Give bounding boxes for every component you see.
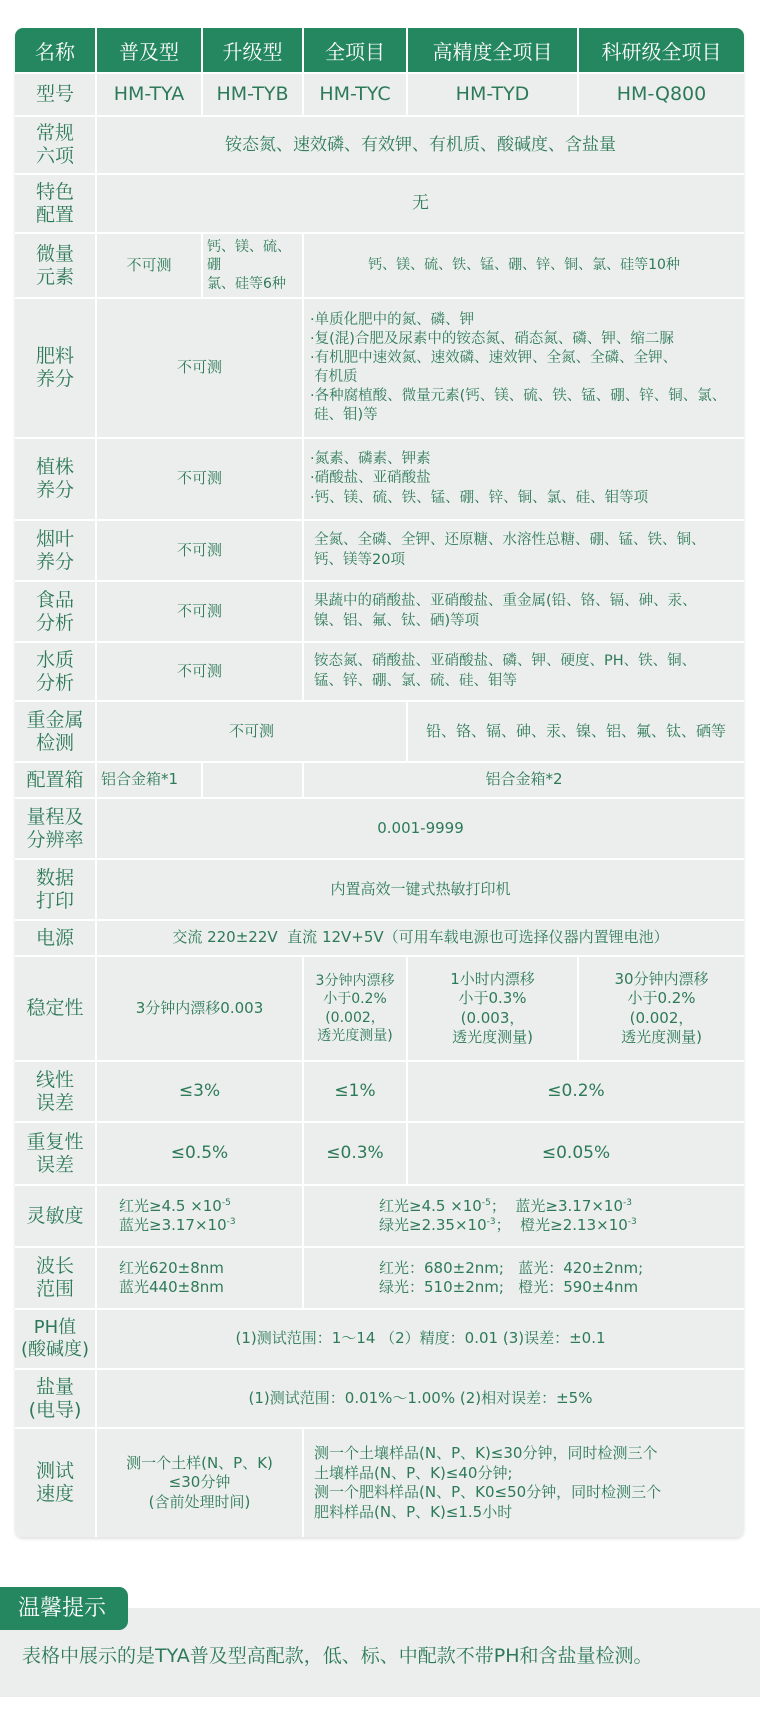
cell-tya: 铝合金箱*1 — [97, 763, 201, 797]
cell-rest: ≤0.05% — [408, 1123, 744, 1184]
row-trace: 微量元素 不可测 钙、镁、硫、硼氯、硅等6种 钙、镁、硫、铁、锰、硼、锌、铜、氯… — [15, 234, 744, 297]
header-full: 全项目 — [304, 28, 406, 72]
row-label: 微量元素 — [15, 234, 95, 297]
cell-value: 无 — [97, 175, 744, 232]
cell-tyd: 1小时内漂移小于0.3%(0.003，透光度测量) — [408, 957, 577, 1060]
model-q800: HM-Q800 — [579, 74, 744, 115]
cell-basic: 不可测 — [97, 439, 302, 519]
row-stability: 稳定性 3分钟内漂移0.003 3分钟内漂移小于0.2%(0.002，透光度测量… — [15, 957, 744, 1060]
cell-rest: 全氮、全磷、全钾、还原糖、水溶性总糖、硼、锰、铁、铜、钙、镁等20项 — [304, 521, 744, 580]
cell-value: 0.001-9999 — [97, 799, 744, 858]
model-tya: HM-TYA — [97, 74, 201, 115]
row-label: 稳定性 — [15, 957, 95, 1060]
row-food: 食品分析 不可测 果蔬中的硝酸盐、亚硝酸盐、重金属(铅、铬、镉、砷、汞、镍、铝、… — [15, 582, 744, 641]
cell-basic: 不可测 — [97, 521, 302, 580]
row-water: 水质分析 不可测 铵态氮、硝酸盐、亚硝酸盐、磷、钾、硬度、PH、铁、铜、锰、锌、… — [15, 643, 744, 700]
cell-q800: 30分钟内漂移小于0.2%(0.002，透光度测量) — [579, 957, 744, 1060]
row-label: 重金属检测 — [15, 702, 95, 761]
row-print: 数据打印 内置高效一键式热敏打印机 — [15, 860, 744, 919]
row-label: 测试速度 — [15, 1429, 95, 1537]
cell-value: (1)测试范围：1～14 （2）精度：0.01 (3)误差：±0.1 — [97, 1310, 744, 1368]
row-label: 数据打印 — [15, 860, 95, 919]
header-high-precision: 高精度全项目 — [408, 28, 577, 72]
header-basic: 普及型 — [97, 28, 201, 72]
row-sensitivity: 灵敏度 红光≥4.5 ×10-5 蓝光≥3.17×10-3 红光≥4.5 ×10… — [15, 1186, 744, 1246]
cell-basic: 3分钟内漂移0.003 — [97, 957, 302, 1060]
row-routine: 常规六项 铵态氮、速效磷、有效钾、有机质、酸碱度、含盐量 — [15, 117, 744, 173]
cell-tyc: 3分钟内漂移小于0.2%(0.002，透光度测量) — [304, 957, 406, 1060]
spec-comparison-table: 名称 普及型 升级型 全项目 高精度全项目 科研级全项目 型号 HM-TYA H… — [15, 28, 744, 1537]
cell-rest: 红光≥4.5 ×10-5； 蓝光≥3.17×10-3 绿光≥2.35×10-3；… — [304, 1186, 744, 1246]
cell-value: (1)测试范围：0.01%～1.00% (2)相对误差：±5% — [97, 1370, 744, 1427]
row-label: PH值(酸碱度) — [15, 1310, 95, 1368]
cell-rest: 铵态氮、硝酸盐、亚硝酸盐、磷、钾、硬度、PH、铁、铜、锰、锌、硼、氯、硫、硅、钼… — [304, 643, 744, 700]
cell-basic: 不可测 — [97, 582, 302, 641]
cell-tyb — [203, 763, 302, 797]
header-upgrade: 升级型 — [203, 28, 302, 72]
row-label: 烟叶养分 — [15, 521, 95, 580]
row-ph: PH值(酸碱度) (1)测试范围：1～14 （2）精度：0.01 (3)误差：±… — [15, 1310, 744, 1368]
cell-rest: 果蔬中的硝酸盐、亚硝酸盐、重金属(铅、铬、镉、砷、汞、镍、铝、氟、钛、硒)等项 — [304, 582, 744, 641]
cell-rest: 铅、铬、镉、砷、汞、镍、铝、氟、钛、硒等 — [408, 702, 744, 761]
cell-basic: ≤3% — [97, 1062, 302, 1121]
cell-basic: 测一个土样(N、P、K)≤30分钟(含前处理时间) — [97, 1429, 302, 1537]
row-tobacco: 烟叶养分 不可测 全氮、全磷、全钾、还原糖、水溶性总糖、硼、锰、铁、铜、钙、镁等… — [15, 521, 744, 580]
cell-tyb: 钙、镁、硫、硼氯、硅等6种 — [203, 234, 302, 297]
row-label: 常规六项 — [15, 117, 95, 173]
row-linearity: 线性误差 ≤3% ≤1% ≤0.2% — [15, 1062, 744, 1121]
model-tyd: HM-TYD — [408, 74, 577, 115]
row-label: 配置箱 — [15, 763, 95, 797]
row-label: 食品分析 — [15, 582, 95, 641]
cell-rest: 红光：680±2nm; 蓝光：420±2nm;绿光：510±2nm; 橙光：59… — [304, 1248, 744, 1308]
row-label: 波长范围 — [15, 1248, 95, 1308]
row-label: 特色配置 — [15, 175, 95, 232]
cell-basic: 不可测 — [97, 299, 302, 437]
row-label: 植株养分 — [15, 439, 95, 519]
model-tyb: HM-TYB — [203, 74, 302, 115]
cell-rest: 钙、镁、硫、铁、锰、硼、锌、铜、氯、硅等10种 — [304, 234, 744, 297]
model-tyc: HM-TYC — [304, 74, 406, 115]
cell-tya: 不可测 — [97, 234, 201, 297]
cell-tyc: ≤1% — [304, 1062, 406, 1121]
cell-rest: 铝合金箱*2 — [304, 763, 744, 797]
cell-value: 铵态氮、速效磷、有效钾、有机质、酸碱度、含盐量 — [97, 117, 744, 173]
row-wavelength: 波长范围 红光620±8nm蓝光440±8nm 红光：680±2nm; 蓝光：4… — [15, 1248, 744, 1308]
row-plant: 植株养分 不可测 ·氮素、磷素、钾素 ·硝酸盐、亚硝酸盐 ·钙、镁、硫、铁、锰、… — [15, 439, 744, 519]
cell-basic: 不可测 — [97, 702, 406, 761]
cell-rest: ·氮素、磷素、钾素 ·硝酸盐、亚硝酸盐 ·钙、镁、硫、铁、锰、硼、锌、铜、氯、硅… — [304, 439, 744, 519]
row-repeatability: 重复性误差 ≤0.5% ≤0.3% ≤0.05% — [15, 1123, 744, 1184]
header-name: 名称 — [15, 28, 95, 72]
row-speed: 测试速度 测一个土样(N、P、K)≤30分钟(含前处理时间) 测一个土壤样品(N… — [15, 1429, 744, 1537]
cell-basic: 不可测 — [97, 643, 302, 700]
row-label: 电源 — [15, 921, 95, 955]
cell-basic: ≤0.5% — [97, 1123, 302, 1184]
tip-title: 温馨提示 — [0, 1587, 128, 1630]
cell-basic: 红光≥4.5 ×10-5 蓝光≥3.17×10-3 — [97, 1186, 302, 1246]
row-label: 线性误差 — [15, 1062, 95, 1121]
row-heavy-metal: 重金属检测 不可测 铅、铬、镉、砷、汞、镍、铝、氟、钛、硒等 — [15, 702, 744, 761]
row-power: 电源 交流 220±22V 直流 12V+5V（可用车载电源也可选择仪器内置锂电… — [15, 921, 744, 955]
row-fertilizer: 肥料养分 不可测 ·单质化肥中的氮、磷、钾 ·复(混)合肥及尿素中的铵态氮、硝态… — [15, 299, 744, 437]
cell-tyc: ≤0.3% — [304, 1123, 406, 1184]
cell-basic: 红光620±8nm蓝光440±8nm — [97, 1248, 302, 1308]
row-label: 重复性误差 — [15, 1123, 95, 1184]
header-research: 科研级全项目 — [579, 28, 744, 72]
cell-rest: 测一个土壤样品(N、P、K)≤30分钟，同时检测三个 土壤样品(N、P、K)≤4… — [304, 1429, 744, 1537]
cell-rest: ·单质化肥中的氮、磷、钾 ·复(混)合肥及尿素中的铵态氮、硝态氮、磷、钾、缩二脲… — [304, 299, 744, 437]
row-label: 灵敏度 — [15, 1186, 95, 1246]
row-label: 水质分析 — [15, 643, 95, 700]
row-label: 肥料养分 — [15, 299, 95, 437]
row-label: 盐量(电导) — [15, 1370, 95, 1427]
row-case: 配置箱 铝合金箱*1 铝合金箱*2 — [15, 763, 744, 797]
cell-value: 交流 220±22V 直流 12V+5V（可用车载电源也可选择仪器内置锂电池） — [97, 921, 744, 955]
row-label: 型号 — [15, 74, 95, 115]
cell-rest: ≤0.2% — [408, 1062, 744, 1121]
row-salt: 盐量(电导) (1)测试范围：0.01%～1.00% (2)相对误差：±5% — [15, 1370, 744, 1427]
row-range: 量程及分辨率 0.001-9999 — [15, 799, 744, 858]
row-model: 型号 HM-TYA HM-TYB HM-TYC HM-TYD HM-Q800 — [15, 74, 744, 115]
tip-text: 表格中展示的是TYA普及型高配款，低、标、中配款不带PH和含盐量检测。 — [22, 1641, 652, 1668]
row-special: 特色配置 无 — [15, 175, 744, 232]
row-label: 量程及分辨率 — [15, 799, 95, 858]
header-row: 名称 普及型 升级型 全项目 高精度全项目 科研级全项目 — [15, 28, 744, 72]
cell-value: 内置高效一键式热敏打印机 — [97, 860, 744, 919]
